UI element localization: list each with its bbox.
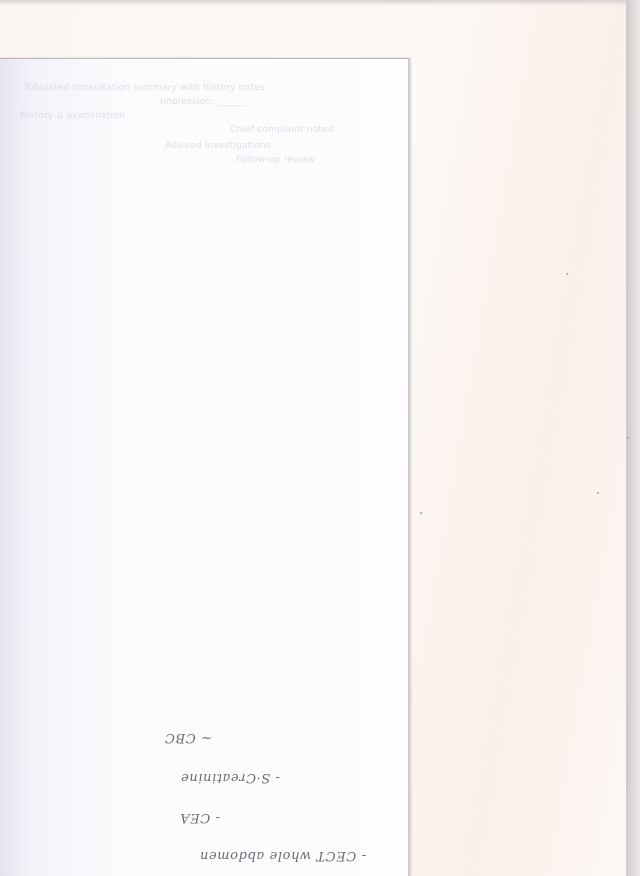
bleed-through-text: Follow-up review <box>236 155 315 165</box>
bleed-through-text: Tobulated consultation summary with hist… <box>24 83 265 93</box>
paper-speck <box>627 437 629 439</box>
bleed-through-text: History & examination <box>20 111 125 121</box>
paper-speck <box>566 273 568 275</box>
note-cbc: ~ CBC <box>164 730 212 745</box>
page-top-edge <box>0 0 626 6</box>
note-cect-abdomen: - CECT whole abdomen <box>199 848 366 863</box>
bleed-through-text: Advised investigations <box>165 141 271 151</box>
note-cea: - CEA <box>180 810 220 825</box>
paper-speck <box>420 512 422 514</box>
bleed-through-text: Impression: ______ <box>160 97 246 107</box>
bleed-through-text: Chief complaint noted <box>230 125 334 135</box>
note-serum-creatinine: - S·Creatinine <box>180 770 280 785</box>
paper-speck <box>597 492 599 494</box>
handwritten-notes: ~ CBC - S·Creatinine - CEA - CECT whole … <box>140 721 380 876</box>
prescription-slip: Tobulated consultation summary with hist… <box>0 58 410 876</box>
